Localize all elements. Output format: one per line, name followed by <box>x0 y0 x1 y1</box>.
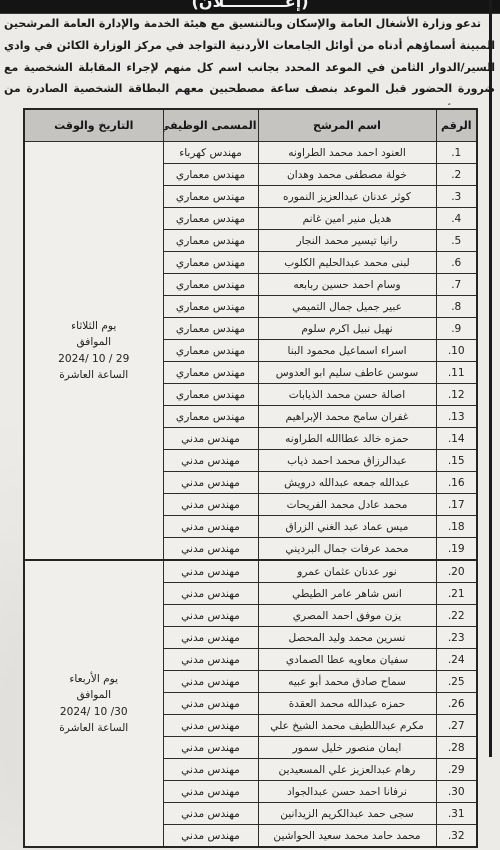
cell-candidate-name: عبدالله جمعه عبدالله درويش <box>258 472 436 494</box>
cell-session-datetime: يوم الثلاثاءالموافق2024/ 10 / 29الساعة ا… <box>24 142 163 561</box>
session-time: الساعة العاشرة <box>27 367 161 384</box>
cell-row-number: .28 <box>436 737 477 759</box>
cell-candidate-name: سوسن عاطف سليم ابو العدوس <box>258 362 436 384</box>
cell-row-number: .5 <box>436 230 477 252</box>
cell-candidate-name: محمد عادل محمد الفريحات <box>258 494 436 516</box>
cell-row-number: .29 <box>436 759 477 781</box>
cell-row-number: .31 <box>436 803 477 825</box>
cell-candidate-name: خولة مصطفى محمد وهدان <box>258 164 436 186</box>
cell-row-number: .25 <box>436 671 477 693</box>
cell-candidate-name: نسرين محمد وليد المحصل <box>258 627 436 649</box>
cell-candidate-name: مكرم عبداللطيف محمد الشيخ علي <box>258 715 436 737</box>
col-header-number: الرقم <box>436 109 477 142</box>
cell-job-title: مهندس معماري <box>163 208 258 230</box>
cell-candidate-name: ميس عماد عبد الغني الزراق <box>258 516 436 538</box>
cell-row-number: .19 <box>436 538 477 561</box>
cell-job-title: مهندس كهرباء <box>163 142 258 164</box>
cell-candidate-name: عبير جميل جمال التميمي <box>258 296 436 318</box>
cell-job-title: مهندس معماري <box>163 252 258 274</box>
cell-candidate-name: ايمان منصور خليل سمور <box>258 737 436 759</box>
cell-candidate-name: غفران سامح محمد الإبراهيم <box>258 406 436 428</box>
cell-row-number: .3 <box>436 186 477 208</box>
col-header-job-title: المسمى الوظيفي <box>163 109 258 142</box>
cell-job-title: مهندس مدني <box>163 583 258 605</box>
cell-candidate-name: نرفانا احمد حسن عبدالجواد <box>258 781 436 803</box>
cell-job-title: مهندس مدني <box>163 494 258 516</box>
cell-row-number: .24 <box>436 649 477 671</box>
cell-row-number: .11 <box>436 362 477 384</box>
cell-job-title: مهندس معماري <box>163 164 258 186</box>
banner-title: (إعـــــــــــلان) <box>192 0 309 13</box>
cell-row-number: .17 <box>436 494 477 516</box>
col-header-candidate-name: اسم المرشح <box>258 109 436 142</box>
cell-job-title: مهندس مدني <box>163 605 258 627</box>
cell-job-title: مهندس مدني <box>163 649 258 671</box>
cell-job-title: مهندس معماري <box>163 362 258 384</box>
table-row: .1العنود احمد محمد الطراونهمهندس كهرباءي… <box>24 142 477 164</box>
session-day: يوم الثلاثاء <box>27 318 161 335</box>
cell-job-title: مهندس معماري <box>163 296 258 318</box>
col-header-datetime: التاريخ والوقت <box>24 109 163 142</box>
cell-candidate-name: سفيان معاويه عطا الصمادي <box>258 649 436 671</box>
session-date: 2024/ 10 / 29 <box>27 351 161 368</box>
cell-candidate-name: العنود احمد محمد الطراونه <box>258 142 436 164</box>
cell-job-title: مهندس مدني <box>163 472 258 494</box>
cell-job-title: مهندس مدني <box>163 693 258 715</box>
cell-job-title: مهندس مدني <box>163 825 258 848</box>
session-agreeing: الموافق <box>27 334 161 351</box>
cell-row-number: .26 <box>436 693 477 715</box>
cell-row-number: .30 <box>436 781 477 803</box>
cell-job-title: مهندس مدني <box>163 671 258 693</box>
cell-session-datetime: يوم الأربعاءالموافق2024/ 10 /30الساعة ال… <box>24 560 163 847</box>
cell-row-number: .14 <box>436 428 477 450</box>
cell-candidate-name: نور عدنان عثمان عمرو <box>258 560 436 583</box>
candidates-table: الرقم اسم المرشح المسمى الوظيفي التاريخ … <box>23 108 478 848</box>
cell-row-number: .4 <box>436 208 477 230</box>
cell-row-number: .20 <box>436 560 477 583</box>
cell-row-number: .8 <box>436 296 477 318</box>
intro-paragraph: تدعو وزارة الأشغال العامة والإسكان وبالت… <box>4 13 495 105</box>
cell-job-title: مهندس مدني <box>163 737 258 759</box>
table-row: .20نور عدنان عثمان عمرومهندس مدنييوم الأ… <box>24 560 477 583</box>
cell-row-number: .21 <box>436 583 477 605</box>
cell-row-number: .1 <box>436 142 477 164</box>
cell-candidate-name: محمد عرفات جمال البرديني <box>258 538 436 561</box>
cell-candidate-name: رهام عبدالعزيز علي المسعيدين <box>258 759 436 781</box>
cell-row-number: .13 <box>436 406 477 428</box>
cell-candidate-name: حمزه خالد عطاالله الطراونه <box>258 428 436 450</box>
cell-job-title: مهندس مدني <box>163 538 258 561</box>
cell-candidate-name: محمد حامد محمد سعيد الحواشين <box>258 825 436 848</box>
cell-candidate-name: هديل منير امين غانم <box>258 208 436 230</box>
cell-job-title: مهندس مدني <box>163 450 258 472</box>
cell-candidate-name: لبنى محمد عبدالحليم الكلوب <box>258 252 436 274</box>
cell-job-title: مهندس مدني <box>163 715 258 737</box>
cell-row-number: .15 <box>436 450 477 472</box>
cell-row-number: .2 <box>436 164 477 186</box>
cell-row-number: .7 <box>436 274 477 296</box>
cell-row-number: .6 <box>436 252 477 274</box>
session-time: الساعة العاشرة <box>27 720 161 737</box>
announcement-banner: (إعـــــــــــلان) <box>0 0 500 14</box>
session-date: 2024/ 10 /30 <box>27 704 161 721</box>
cell-job-title: مهندس معماري <box>163 318 258 340</box>
cell-job-title: مهندس مدني <box>163 781 258 803</box>
cell-row-number: .23 <box>436 627 477 649</box>
cell-row-number: .22 <box>436 605 477 627</box>
cell-candidate-name: سجى حمد عبدالكريم الزيدانين <box>258 803 436 825</box>
cell-job-title: مهندس مدني <box>163 759 258 781</box>
cell-candidate-name: اصالة حسن محمد الذيابات <box>258 384 436 406</box>
cell-row-number: .27 <box>436 715 477 737</box>
cell-candidate-name: رانيا تيسير محمد النجار <box>258 230 436 252</box>
cell-candidate-name: سماح صادق محمد أبو عبيه <box>258 671 436 693</box>
cell-job-title: مهندس مدني <box>163 428 258 450</box>
cell-row-number: .12 <box>436 384 477 406</box>
page-edge-rule <box>489 0 492 757</box>
cell-row-number: .9 <box>436 318 477 340</box>
table-header-row: الرقم اسم المرشح المسمى الوظيفي التاريخ … <box>24 109 477 142</box>
cell-row-number: .16 <box>436 472 477 494</box>
cell-row-number: .10 <box>436 340 477 362</box>
cell-job-title: مهندس معماري <box>163 406 258 428</box>
session-day: يوم الأربعاء <box>27 671 161 688</box>
cell-candidate-name: عبدالرزاق محمد احمد ذياب <box>258 450 436 472</box>
scanned-announcement-page: { "colors":{ "banner_bg":"#141414", "hea… <box>0 0 500 850</box>
cell-job-title: مهندس مدني <box>163 516 258 538</box>
cell-candidate-name: انس شاهر عامر الطيطي <box>258 583 436 605</box>
cell-candidate-name: اسراء اسماعيل محمود البنا <box>258 340 436 362</box>
cell-job-title: مهندس معماري <box>163 186 258 208</box>
cell-row-number: .32 <box>436 825 477 848</box>
cell-row-number: .18 <box>436 516 477 538</box>
session-agreeing: الموافق <box>27 687 161 704</box>
cell-candidate-name: نهيل نبيل اكرم سلوم <box>258 318 436 340</box>
cell-job-title: مهندس مدني <box>163 560 258 583</box>
cell-job-title: مهندس معماري <box>163 274 258 296</box>
cell-job-title: مهندس معماري <box>163 384 258 406</box>
cell-job-title: مهندس معماري <box>163 230 258 252</box>
cell-candidate-name: كوثر عدنان عبدالعزيز النموره <box>258 186 436 208</box>
cell-job-title: مهندس معماري <box>163 340 258 362</box>
cell-candidate-name: وسام احمد حسين ربابعه <box>258 274 436 296</box>
cell-job-title: مهندس مدني <box>163 803 258 825</box>
cell-job-title: مهندس مدني <box>163 627 258 649</box>
cell-candidate-name: يزن موفق احمد المصري <box>258 605 436 627</box>
cell-candidate-name: حمزه عبدالله محمد العقدة <box>258 693 436 715</box>
